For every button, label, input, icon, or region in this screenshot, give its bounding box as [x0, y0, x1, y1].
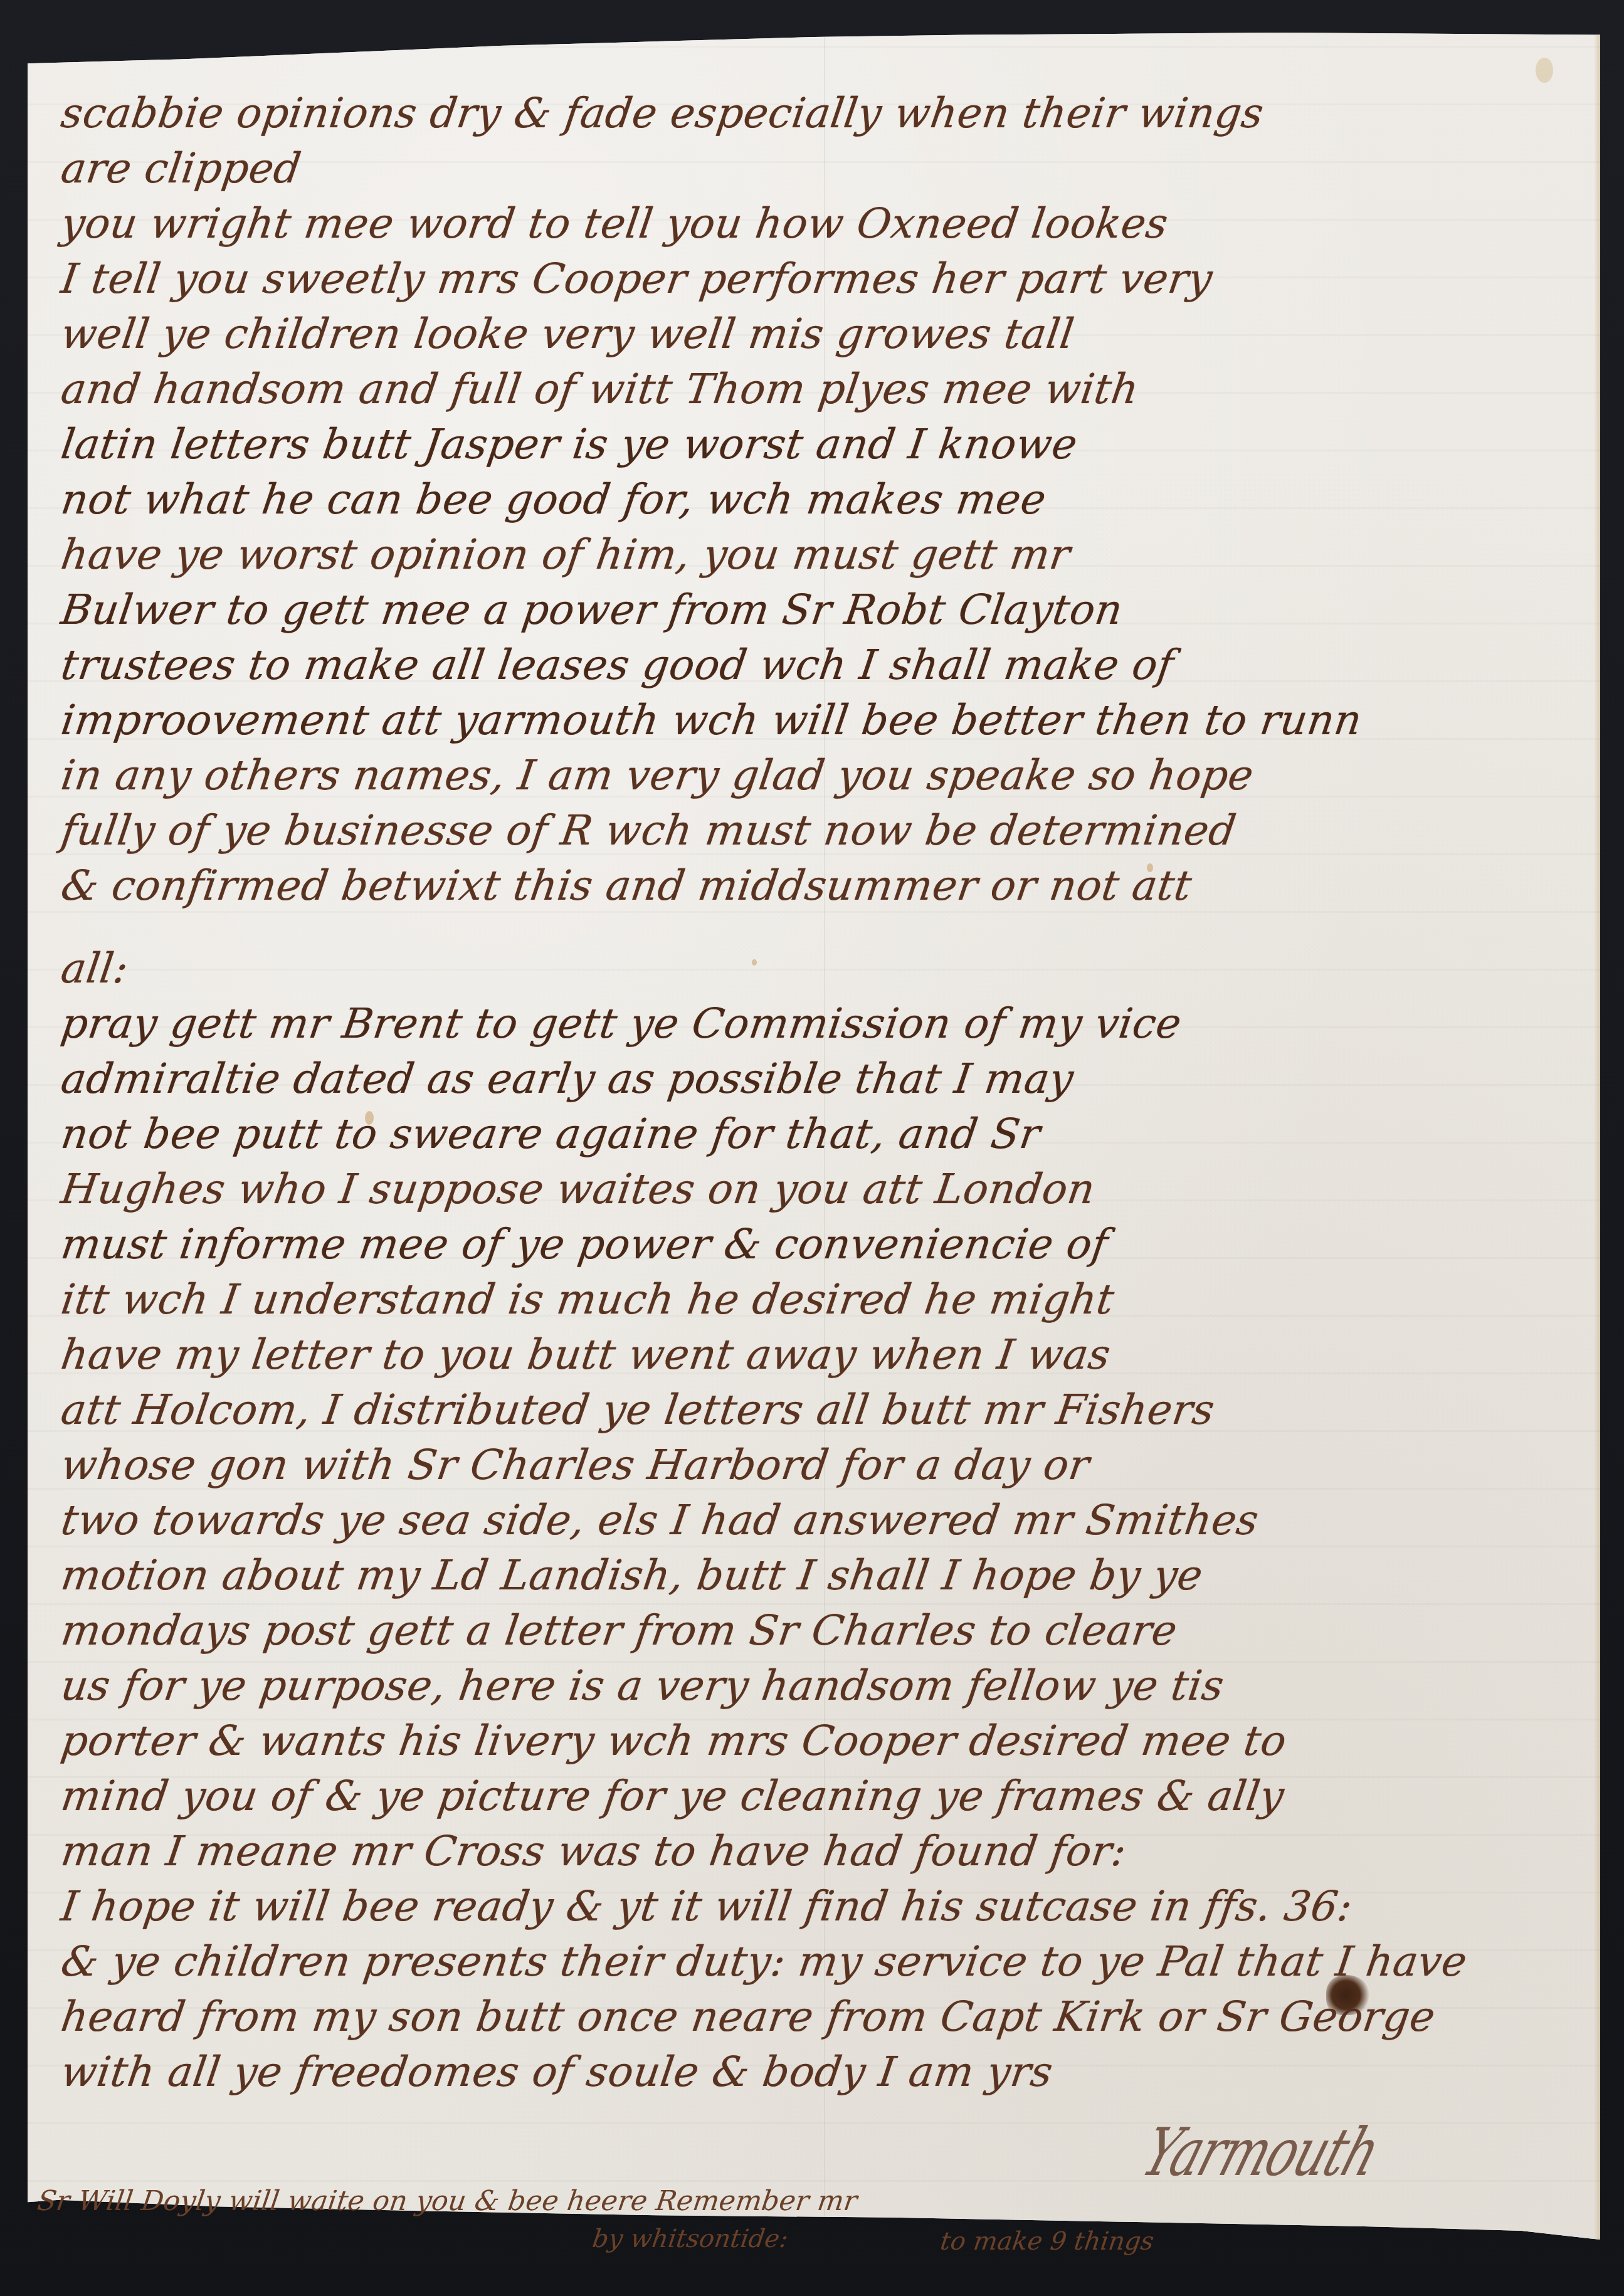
letter-line-20: Hughes who I suppose waites on you att L… [58, 1162, 1595, 1217]
letter-line-32: man I meane mr Cross was to have had fou… [58, 1824, 1595, 1879]
foxing-spot [1536, 58, 1553, 83]
letter-line-1: scabbie opinions dry & fade especially w… [58, 86, 1595, 141]
letter-line-14: fully of ye businesse of R wch must now … [58, 803, 1595, 858]
letter-line-17: pray gett mr Brent to gett ye Commission… [58, 996, 1595, 1051]
letter-line-22: itt wch I understand is much he desired … [58, 1272, 1595, 1327]
letter-line-36: with all ye freedomes of soule & body I … [58, 2045, 1595, 2100]
postscript-line-3: to make 9 things [939, 2227, 1156, 2256]
letter-body: scabbie opinions dry & fade especially w… [58, 86, 1588, 2100]
letter-line-30: porter & wants his livery wch mrs Cooper… [58, 1714, 1595, 1769]
letter-line-34: & ye children presents their duty: my se… [58, 1934, 1595, 1989]
letter-line-10: Bulwer to gett mee a power from Sr Robt … [58, 582, 1595, 638]
postscript-line-2: by whitsontide: [591, 2225, 790, 2253]
letter-line-7: latin letters butt Jasper is ye worst an… [58, 417, 1595, 472]
letter-line-6: and handsom and full of witt Thom plyes … [58, 362, 1595, 417]
letter-line-8: not what he can bee good for, wch makes … [58, 472, 1595, 527]
letter-line-4: I tell you sweetly mrs Cooper performes … [58, 251, 1595, 307]
letter-line-18: admiraltie dated as early as possible th… [58, 1051, 1595, 1107]
letter-line-2: are clipped [58, 141, 1595, 196]
postscript-line-1: Sr Will Doyly will waite on you & bee he… [35, 2185, 859, 2217]
letter-line-13: in any others names, I am very glad you … [58, 748, 1595, 803]
letter-line-31: mind you of & ye picture for ye cleaning… [58, 1769, 1595, 1824]
letter-line-23: have my letter to you butt went away whe… [58, 1327, 1595, 1382]
letter-line-28: mondays post gett a letter from Sr Charl… [58, 1603, 1595, 1658]
manuscript-page: scabbie opinions dry & fade especially w… [28, 33, 1600, 2240]
letter-line-24: att Holcom, I distributed ye letters all… [58, 1382, 1595, 1438]
letter-line-29: us for ye purpose, here is a very handso… [58, 1658, 1595, 1714]
letter-line-5: well ye children looke very well mis gro… [58, 307, 1595, 362]
letter-line-19: not bee putt to sweare againe for that, … [58, 1107, 1595, 1162]
signature: Yarmouth [1134, 2115, 1388, 2192]
letter-line-15: & confirmed betwixt this and middsummer … [58, 858, 1595, 914]
letter-line-3: you wright mee word to tell you how Oxne… [58, 196, 1595, 251]
letter-line-25: whose gon with Sr Charles Harbord for a … [58, 1438, 1595, 1493]
letter-line-21: must informe mee of ye power & convenien… [58, 1217, 1595, 1272]
letter-line-12: improovement att yarmouth wch will bee b… [58, 693, 1595, 748]
letter-line-9: have ye worst opinion of him, you must g… [58, 527, 1595, 582]
ink-blot [1326, 1975, 1370, 2015]
letter-line-11: trustees to make all leases good wch I s… [58, 638, 1595, 693]
letter-line-33: I hope it will bee ready & yt it will fi… [58, 1879, 1595, 1934]
letter-line-26: two towards ye sea side, els I had answe… [58, 1493, 1595, 1548]
letter-line-27: motion about my Ld Landish, butt I shall… [58, 1548, 1595, 1603]
letter-line-16: all: [58, 914, 1600, 996]
